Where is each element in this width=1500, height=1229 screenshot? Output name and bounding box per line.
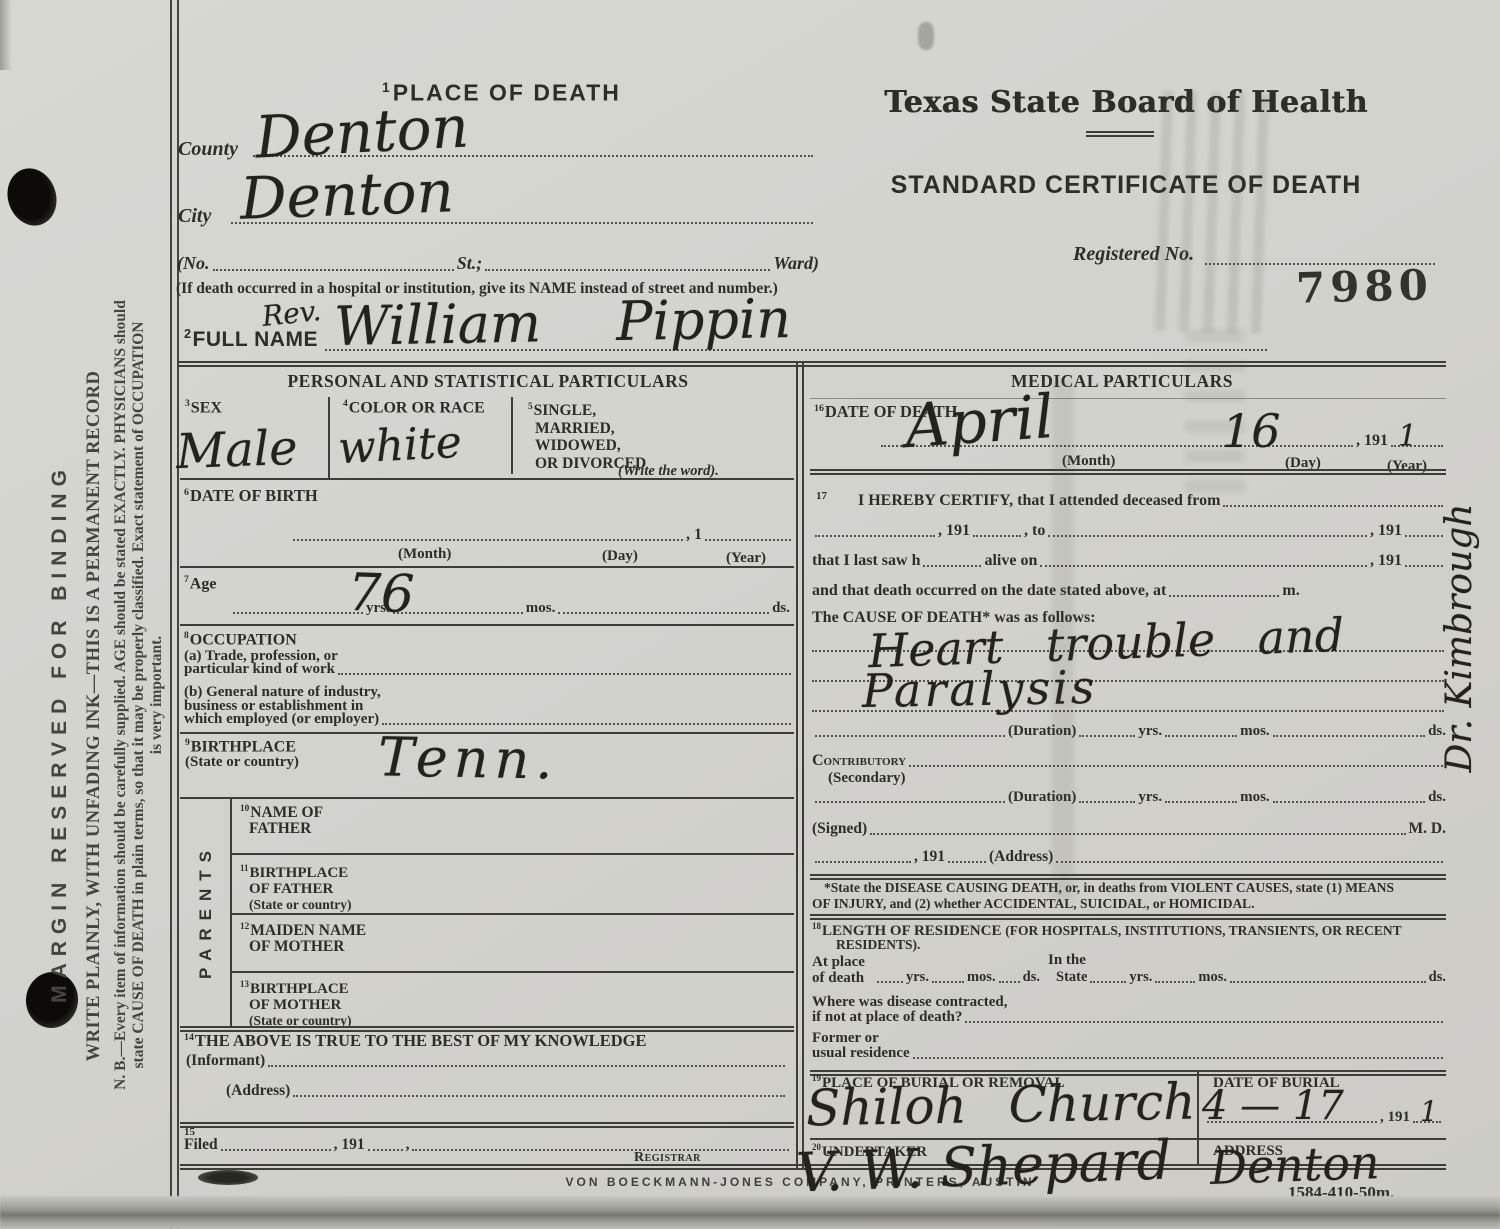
binding-margin-notice: MARGIN RESERVED FOR BINDING	[48, 354, 72, 1112]
duration-mos: mos.	[1240, 789, 1270, 806]
nb-notice: N. B.—Every item of information should b…	[112, 172, 166, 1218]
dotted-line	[1405, 533, 1443, 537]
father-birthplace-label: 11BIRTHPLACE OF FATHER (State or country…	[240, 861, 351, 913]
signed-address-line: , 191 (Address)	[812, 848, 1446, 866]
race-value-handwriting: white	[337, 421, 463, 471]
dotted-line	[233, 610, 363, 614]
certify-line-4: and that death occurred on the date stat…	[812, 582, 1332, 600]
dotted-line	[909, 763, 1443, 767]
occupation-label-text: OCCUPATION	[190, 631, 297, 648]
dotted-line	[1056, 859, 1443, 863]
county-value-handwriting: Denton	[254, 97, 471, 166]
dod-bottom-rule	[810, 469, 1446, 475]
dotted-line	[485, 267, 770, 271]
dotted-line	[368, 1147, 403, 1151]
certify-line-3: that I last saw h alive on , 191	[812, 552, 1446, 570]
street-st-label: St.;	[457, 253, 483, 274]
dotted-line	[877, 979, 903, 983]
residence-state-label: State	[1056, 969, 1087, 986]
dotted-line	[815, 733, 1005, 737]
field-number: 10	[240, 804, 249, 814]
street-line: (No. St.; Ward)	[177, 252, 819, 274]
contributory-label: Contributory	[812, 752, 906, 770]
at-place-label2: of death	[812, 970, 864, 987]
certify-line3b: alive on	[984, 552, 1037, 570]
certificate-title: STANDARD CERTIFICATE OF DEATH	[880, 172, 1372, 200]
field-number: 1	[382, 80, 392, 95]
dotted-line	[293, 1093, 785, 1097]
dotted-line	[558, 610, 769, 614]
personal-section-title: PERSONAL AND STATISTICAL PARTICULARS	[182, 372, 794, 391]
dotted-line	[1165, 733, 1237, 737]
footnote-bottom-rule	[810, 914, 1446, 920]
dotted-line	[268, 1063, 785, 1067]
parents-vertical-label: PARENTS	[196, 810, 216, 1012]
duration-yrs: yrs.	[1138, 723, 1162, 740]
parents-row-rule	[231, 853, 794, 855]
former-label2: usual residence	[812, 1045, 910, 1062]
age-line: yrs. mos. ds.	[230, 597, 790, 617]
father-name-line: FATHER	[249, 821, 323, 837]
certify-line-1: I HEREBY CERTIFY, that I attended deceas…	[858, 492, 1446, 510]
county-label: County	[178, 138, 238, 160]
occupation-a2-line: particular kind of work	[184, 660, 794, 678]
marital-label: 5SINGLE, MARRIED, WIDOWED, OR DIVORCED	[528, 399, 646, 472]
dotted-line	[1079, 733, 1135, 737]
parents-label-text: PARENTS	[196, 843, 215, 979]
field-number: 9	[185, 737, 190, 748]
age-value-handwriting: 76	[347, 567, 415, 621]
dod-year-handwriting: 1	[1398, 422, 1417, 452]
permanent-record-text: WRITE PLAINLY, WITH UNFADING INK—THIS IS…	[84, 371, 104, 1062]
burial-year-prefix: , 191	[1380, 1109, 1410, 1126]
duration-label: (Duration)	[1008, 723, 1076, 740]
parents-row-rule	[231, 971, 794, 973]
parents-divider	[230, 797, 232, 1026]
mother-birthplace-label: 13BIRTHPLACE OF MOTHER (State or country…	[240, 977, 351, 1029]
dotted-line	[815, 859, 911, 863]
certify-line3a: that I last saw h	[812, 552, 920, 570]
dotted-line	[815, 799, 1005, 803]
cause-footnote-line2: OF INJURY, and (2) whether ACCIDENTAL, S…	[812, 897, 1255, 912]
dob-label-text: DATE OF BIRTH	[190, 486, 318, 505]
scan-smudge	[918, 22, 934, 50]
mother-birthplace-line: BIRTHPLACE	[250, 981, 349, 997]
registered-no-label: Registered No.	[1073, 243, 1194, 265]
dob-line: , 1	[290, 524, 794, 544]
street-no-label: (No.	[177, 253, 210, 274]
registered-no-value: 7980	[1295, 262, 1433, 312]
scan-edge-bottom	[0, 1196, 1500, 1229]
dotted-line	[213, 267, 454, 271]
residence-mos: mos.	[967, 969, 996, 986]
informant-address-line: (Address)	[226, 1082, 788, 1100]
dotted-line	[1169, 593, 1279, 597]
column-divider-rule	[796, 361, 804, 1170]
binding-border-rule	[170, 0, 179, 1229]
burial-divider	[1197, 1070, 1199, 1166]
occupation-a2-label: particular kind of work	[184, 661, 335, 678]
date-of-burial-handwriting: 4 — 17	[1202, 1086, 1344, 1126]
field-number: 16	[814, 403, 824, 414]
board-title: Texas State Board of Health	[880, 86, 1372, 119]
md-label: M. D.	[1409, 820, 1446, 838]
residence-mos: mos.	[1198, 969, 1227, 986]
dotted-line	[1405, 563, 1443, 567]
board-title-rule	[1086, 131, 1154, 137]
contributory-line: Contributory	[812, 752, 1446, 770]
row-rule	[180, 566, 794, 568]
dob-year-prefix: , 1	[686, 526, 702, 544]
full-name-value-handwriting: William Pippin	[334, 292, 792, 354]
field-number: 12	[240, 922, 249, 932]
at-place-line: yrs. mos. ds.	[874, 968, 1040, 986]
place-of-burial-handwriting: Shiloh Church	[806, 1077, 1196, 1134]
sex-label-text: SEX	[191, 399, 222, 416]
at-place-label1: At place	[812, 954, 865, 971]
filed-year-prefix: , 191	[334, 1136, 365, 1154]
dob-label: 6DATE OF BIRTH	[184, 487, 318, 505]
dod-year-prefix: , 191	[1356, 432, 1388, 450]
field-number: 18	[812, 921, 821, 931]
certify-line4-m: m.	[1282, 582, 1299, 600]
dotted-line	[913, 1055, 1443, 1059]
street-ward-label: Ward)	[773, 253, 819, 274]
city-value-handwriting: Denton	[239, 162, 455, 227]
field-number: 11	[240, 863, 249, 873]
race-label-text: COLOR OR RACE	[349, 399, 485, 416]
birthplace-label-text: BIRTHPLACE	[191, 738, 296, 755]
certify-year3: , 191	[1370, 552, 1402, 570]
scan-edge-top-left	[0, 0, 12, 70]
mother-maiden-label: 12MAIDEN NAME OF MOTHER	[240, 919, 366, 955]
dotted-line	[870, 831, 1405, 835]
residence-paren2: RESIDENTS).	[836, 938, 920, 953]
father-birthplace-line: (State or country)	[249, 897, 351, 913]
cause-footnote-line1: *State the DISEASE CAUSING DEATH, or, in…	[824, 881, 1394, 896]
occupation-b3-line: which employed (or employer)	[184, 710, 794, 728]
full-name-label-text: FULL NAME	[193, 328, 318, 351]
dotted-line	[221, 1147, 331, 1151]
age-label: 7Age	[184, 575, 216, 593]
father-name-line: NAME OF	[250, 804, 323, 821]
informant-address-label: (Address)	[226, 1082, 290, 1100]
dotted-line	[973, 533, 1021, 537]
father-birthplace-line: BIRTHPLACE	[250, 865, 349, 881]
field-number: 6	[184, 487, 189, 498]
field-number: 4	[343, 398, 348, 409]
dotted-line	[932, 979, 964, 983]
attest-label-text: THE ABOVE IS TRUE TO THE BEST OF MY KNOW…	[195, 1031, 647, 1050]
duration-yrs: yrs.	[1138, 789, 1162, 806]
attest-label: 14THE ABOVE IS TRUE TO THE BEST OF MY KN…	[184, 1032, 646, 1050]
stamp-artifact	[1141, 90, 1269, 334]
certify-to: , to	[1024, 522, 1045, 540]
certify-year1: , 191	[938, 522, 970, 540]
dotted-line	[1273, 799, 1425, 803]
dod-month-caption: (Month)	[1062, 453, 1115, 470]
signed-label: (Signed)	[812, 820, 867, 838]
dotted-line	[948, 859, 986, 863]
dob-day-caption: (Day)	[602, 548, 638, 565]
nb-line-2: state CAUSE OF DEATH in plain terms, so …	[130, 172, 148, 1218]
field-number: 2	[184, 327, 192, 341]
marital-line: WIDOWED,	[535, 437, 646, 455]
certify-year2: , 191	[1370, 522, 1402, 540]
dotted-line	[1079, 799, 1135, 803]
full-name-label: 2FULL NAME	[184, 328, 318, 351]
contracted-line: if not at place of death?	[812, 1008, 1446, 1026]
marital-hint: (Write the word).	[618, 464, 719, 480]
row-rule	[180, 624, 794, 626]
city-label: City	[178, 205, 211, 227]
duration-label: (Duration)	[1008, 789, 1076, 806]
nb-line-1: N. B.—Every item of information should b…	[112, 172, 130, 1218]
parents-row-rule	[231, 913, 794, 915]
signed-line: (Signed) M. D.	[812, 820, 1446, 838]
row-rule	[180, 797, 794, 799]
informant-label: (Informant)	[186, 1052, 265, 1070]
burial-year-handwriting: 1	[1420, 1098, 1438, 1126]
physician-signature: Dr. Kimbrough	[1442, 468, 1478, 808]
duration-mos: mos.	[1240, 723, 1270, 740]
binding-notice-text: MARGIN RESERVED FOR BINDING	[48, 463, 71, 1003]
field-number: 13	[240, 979, 249, 989]
duration-line-1: (Duration) yrs. mos. ds.	[812, 722, 1446, 740]
sex-value-handwriting: Male	[175, 424, 298, 476]
occupation-label: 8OCCUPATION	[184, 631, 297, 649]
cause-of-death-handwriting-2: Paralysis	[862, 664, 1098, 714]
sex-label: 3SEX	[185, 399, 222, 417]
dod-month-handwriting: April	[903, 387, 1056, 457]
cell-divider	[328, 397, 330, 478]
dotted-line	[705, 537, 791, 541]
nb-line-3: is very important.	[148, 172, 166, 1218]
in-the-label: In the	[1048, 952, 1086, 969]
filed-comma: ,	[406, 1136, 410, 1154]
age-label-text: Age	[190, 575, 217, 592]
dotted-line	[1230, 979, 1426, 983]
duration-line-2: (Duration) yrs. mos. ds.	[812, 788, 1446, 806]
certify-line4: and that death occurred on the date stat…	[812, 582, 1166, 600]
in-state-line: State yrs. mos. ds.	[1056, 968, 1446, 986]
certify-line-2: , 191 , to , 191	[812, 522, 1446, 540]
residence-ds: ds.	[1429, 969, 1446, 986]
dob-month-caption: (Month)	[398, 546, 451, 563]
dotted-line	[815, 533, 935, 537]
secondary-label: (Secondary)	[828, 770, 906, 787]
residence-yrs: yrs.	[906, 969, 929, 986]
dotted-line	[999, 979, 1020, 983]
binder-hole-top	[0, 162, 64, 232]
birthplace-value-handwriting: Tenn.	[378, 730, 559, 787]
certify-line1-text: I HEREBY CERTIFY, that I attended deceas…	[858, 492, 1220, 510]
field-number: 3	[185, 398, 190, 409]
contracted-label2: if not at place of death?	[812, 1009, 962, 1026]
filed-label: Filed	[184, 1136, 218, 1154]
dotted-line	[1273, 733, 1425, 737]
medical-section-title: MEDICAL PARTICULARS	[798, 372, 1446, 391]
marital-line: MARRIED,	[535, 420, 646, 438]
dotted-line	[923, 563, 981, 567]
dotted-line	[1155, 979, 1195, 983]
field-number: 5	[528, 402, 533, 412]
death-certificate-scan: MARGIN RESERVED FOR BINDING WRITE PLAINL…	[0, 0, 1500, 1229]
father-name-label: 10NAME OF FATHER	[240, 801, 323, 837]
full-name-prefix-handwriting: Rev.	[261, 297, 323, 331]
residence-paren1: (FOR HOSPITALS, INSTITUTIONS, TRANSIENTS…	[1005, 923, 1401, 938]
field-number: 7	[184, 574, 189, 585]
certify-field-number: 17	[816, 490, 827, 502]
age-mos-label: mos.	[526, 600, 556, 617]
birthplace-sub-label: (State or country)	[185, 754, 299, 771]
dotted-line	[1040, 563, 1367, 567]
father-birthplace-line: OF FATHER	[249, 882, 351, 898]
marital-line: SINGLE,	[534, 402, 596, 419]
field-number: 8	[184, 630, 189, 641]
dotted-line	[293, 537, 683, 541]
occupation-b3-label: which employed (or employer)	[184, 711, 379, 728]
dob-year-caption: (Year)	[726, 550, 766, 567]
signed-year: , 191	[914, 848, 945, 866]
physician-signature-handwriting: Dr. Kimbrough	[1439, 504, 1480, 773]
cell-divider	[511, 397, 513, 474]
dotted-line	[1090, 979, 1126, 983]
dod-day-handwriting: 16	[1222, 408, 1281, 454]
permanent-record-notice: WRITE PLAINLY, WITH UNFADING INK—THIS IS…	[84, 242, 105, 1190]
printer-ornament	[198, 1170, 258, 1185]
main-header-rule	[178, 361, 1446, 367]
dotted-line	[1048, 533, 1367, 537]
residence-ds: ds.	[1023, 969, 1040, 986]
age-ds-label: ds.	[772, 600, 790, 617]
dotted-line	[382, 721, 791, 725]
mother-maiden-line: MAIDEN NAME	[250, 922, 366, 939]
mother-birthplace-line: OF MOTHER	[249, 998, 351, 1014]
dotted-line	[1165, 799, 1237, 803]
mother-maiden-line: OF MOTHER	[249, 939, 366, 955]
signed-address-label: (Address)	[989, 848, 1053, 866]
dotted-line	[338, 671, 791, 675]
undertaker-handwriting: V. W. Shepard	[795, 1133, 1172, 1200]
former-residence-line: usual residence	[812, 1044, 1446, 1062]
informant-line: (Informant)	[186, 1052, 788, 1070]
form-number: 1584-410-50m.	[1288, 1184, 1394, 1203]
race-label: 4COLOR OR RACE	[343, 399, 485, 417]
attest-bottom-rule	[180, 1122, 794, 1128]
dotted-line	[412, 1147, 789, 1151]
dotted-line	[965, 1019, 1443, 1023]
residence-yrs: yrs.	[1129, 969, 1152, 986]
dotted-line	[1223, 503, 1443, 507]
field-number: 14	[184, 1032, 194, 1043]
